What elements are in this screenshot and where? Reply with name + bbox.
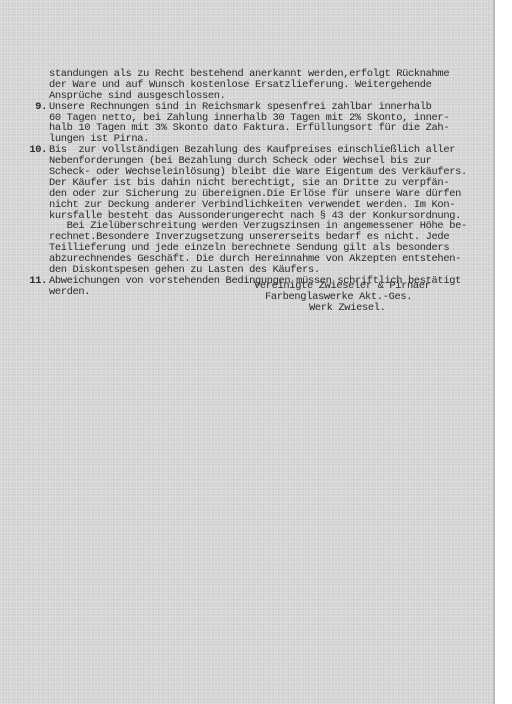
clause-9-line: 9.Unsere Rechnungen sind in Reichsmark s…	[0, 102, 494, 113]
clause-number: 11.	[29, 276, 47, 287]
bleed-through-text	[25, 520, 475, 670]
signature-plant: Werk Zwiesel.	[309, 303, 386, 314]
clause-text: Unsere Rechnungen sind in Reichsmark spe…	[49, 102, 432, 113]
clause-text: werden.	[49, 287, 90, 298]
scanned-page: standungen als zu Recht bestehend anerka…	[0, 0, 494, 704]
clause-number: 10.	[29, 145, 47, 156]
clause-number: 9.	[35, 102, 47, 113]
clause-10-line: nicht zur Deckung anderer Verbindlichkei…	[0, 200, 494, 211]
clause-text: nicht zur Deckung anderer Verbindlichkei…	[49, 200, 455, 211]
terms-text-block: standungen als zu Recht bestehend anerka…	[0, 69, 494, 298]
